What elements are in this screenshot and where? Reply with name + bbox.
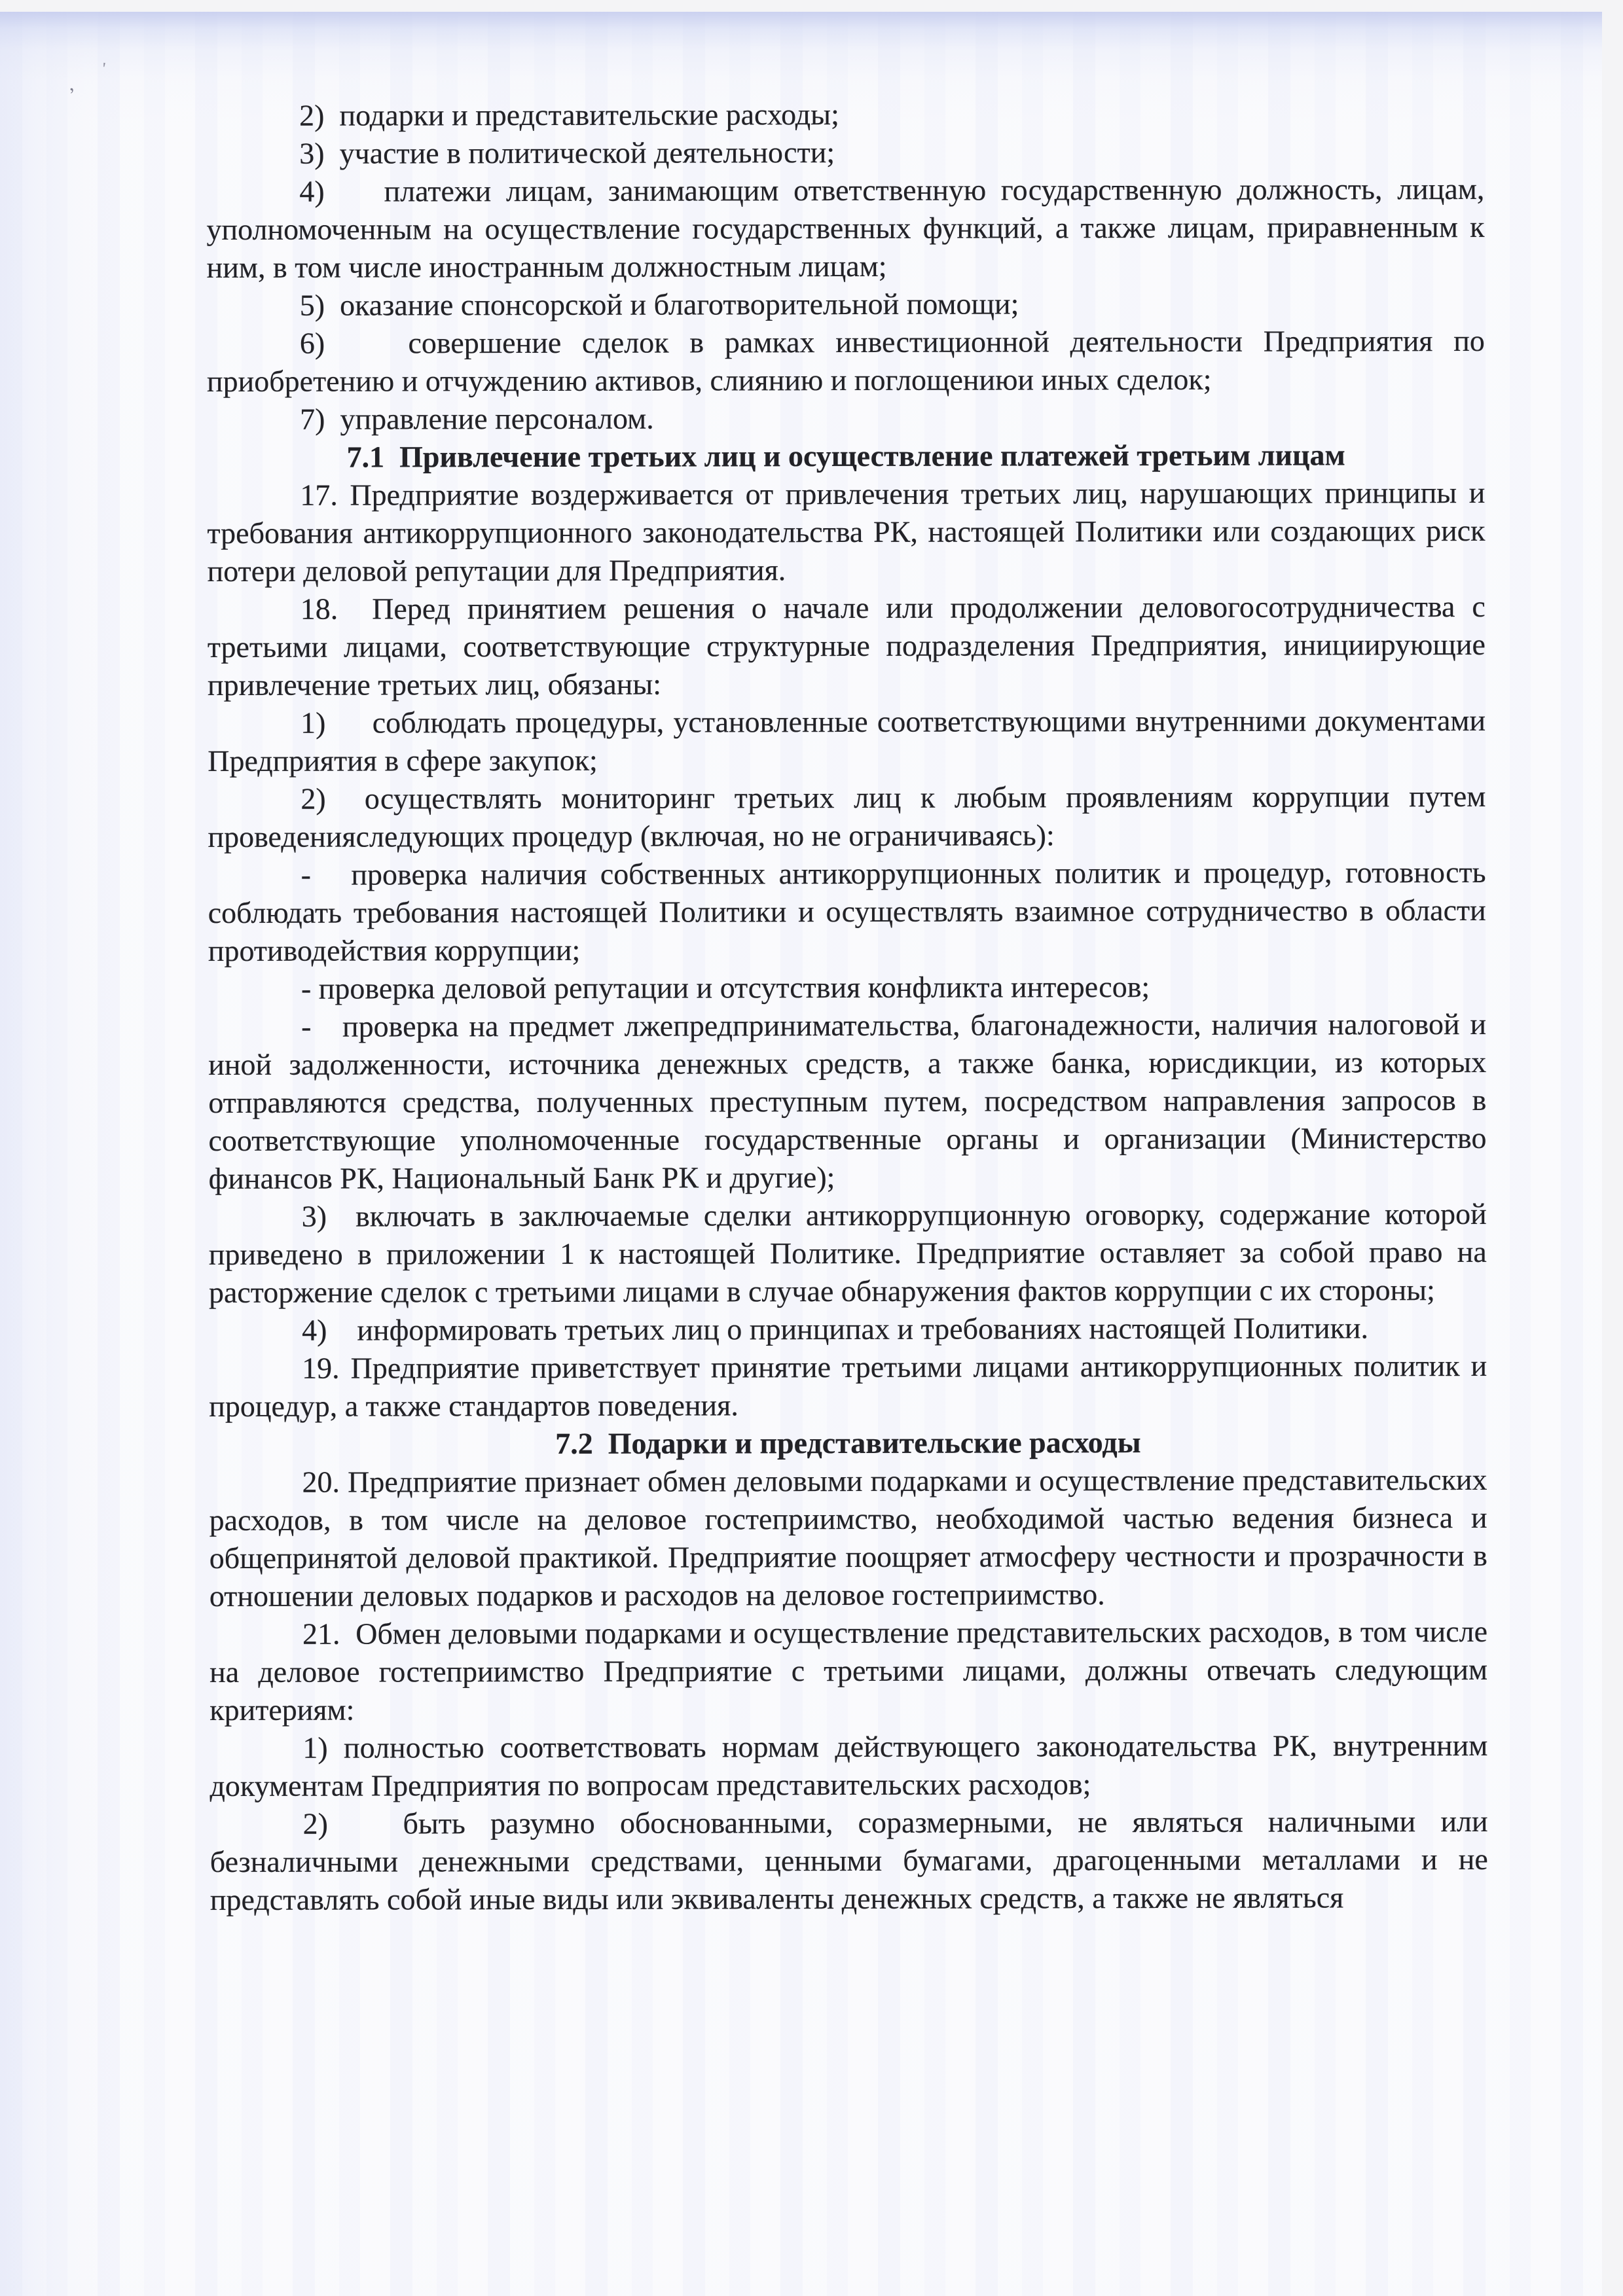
list-item-7: 7) управление персоналом. — [207, 398, 1485, 439]
list-item-4: 4) платежи лицам, занимающим ответственн… — [206, 170, 1484, 287]
para-21: 21. Обмен деловыми подарками и осуществл… — [210, 1613, 1487, 1729]
para-17: 17. Предприятие воздерживается от привле… — [207, 474, 1485, 590]
document-text-block: 2) подарки и представительские расходы; … — [206, 94, 1488, 1919]
section-7-1-heading: 7.1 Привлечение третьих лиц и осуществле… — [207, 436, 1485, 476]
list-item-6: 6) совершение сделок в рамках инвестицио… — [207, 322, 1485, 401]
para-21-sub-1: 1) полностью соответствовать нормам дейс… — [210, 1727, 1487, 1805]
para-20: 20. Предприятие признает обмен деловыми … — [209, 1461, 1487, 1615]
para-19: 19. Предприятие приветствует принятие тр… — [209, 1347, 1487, 1426]
para-18-sub-3: 3) включать в заключаемые сделки антикор… — [209, 1195, 1487, 1312]
list-item-2: 2) подарки и представительские расходы; — [206, 94, 1484, 135]
para-21-sub-2: 2) быть разумно обоснованными, соразмерн… — [210, 1803, 1488, 1919]
para-18-sub-4: 4) информировать третьих лиц о принципах… — [209, 1309, 1487, 1350]
document-page: , ' 2) подарки и представительские расхо… — [0, 12, 1602, 2296]
scanner-background: , ' 2) подарки и представительские расхо… — [0, 0, 1623, 2296]
para-18-sub-2: 2) осуществлять мониторинг третьих лиц к… — [208, 778, 1486, 856]
para-18: 18. Перед принятием решения о начале или… — [208, 588, 1486, 704]
list-item-3: 3) участие в политической деятельности; — [206, 132, 1484, 173]
section-7-2-heading: 7.2 Подарки и представительские расходы — [209, 1423, 1487, 1463]
para-18-sub-1: 1) соблюдать процедуры, установленные со… — [208, 702, 1486, 780]
dash-item-1: - проверка наличия собственных антикорру… — [208, 853, 1486, 970]
list-item-5: 5) оказание спонсорской и благотворитель… — [207, 284, 1485, 325]
dash-item-2: - проверка деловой репутации и отсутстви… — [208, 967, 1486, 1008]
dash-item-3: - проверка на предмет лжепредприниматель… — [208, 1005, 1487, 1198]
